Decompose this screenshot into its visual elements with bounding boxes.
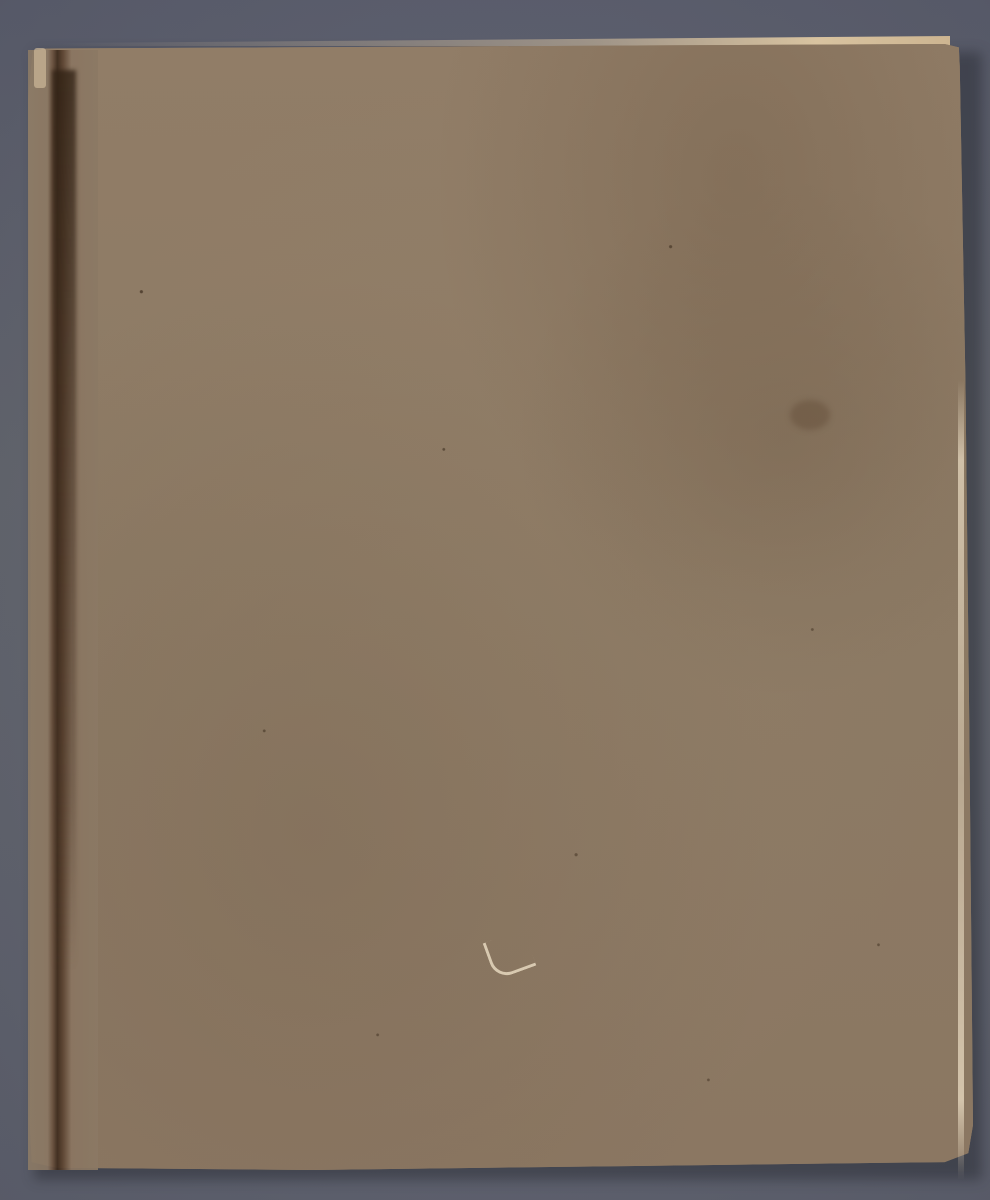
paper-grain <box>28 44 973 1170</box>
book-cover <box>28 44 973 1170</box>
fore-edge-pages <box>958 380 964 1180</box>
cover-stain <box>790 400 830 430</box>
spine-stain <box>52 70 76 970</box>
spine-top-wear <box>34 48 46 88</box>
